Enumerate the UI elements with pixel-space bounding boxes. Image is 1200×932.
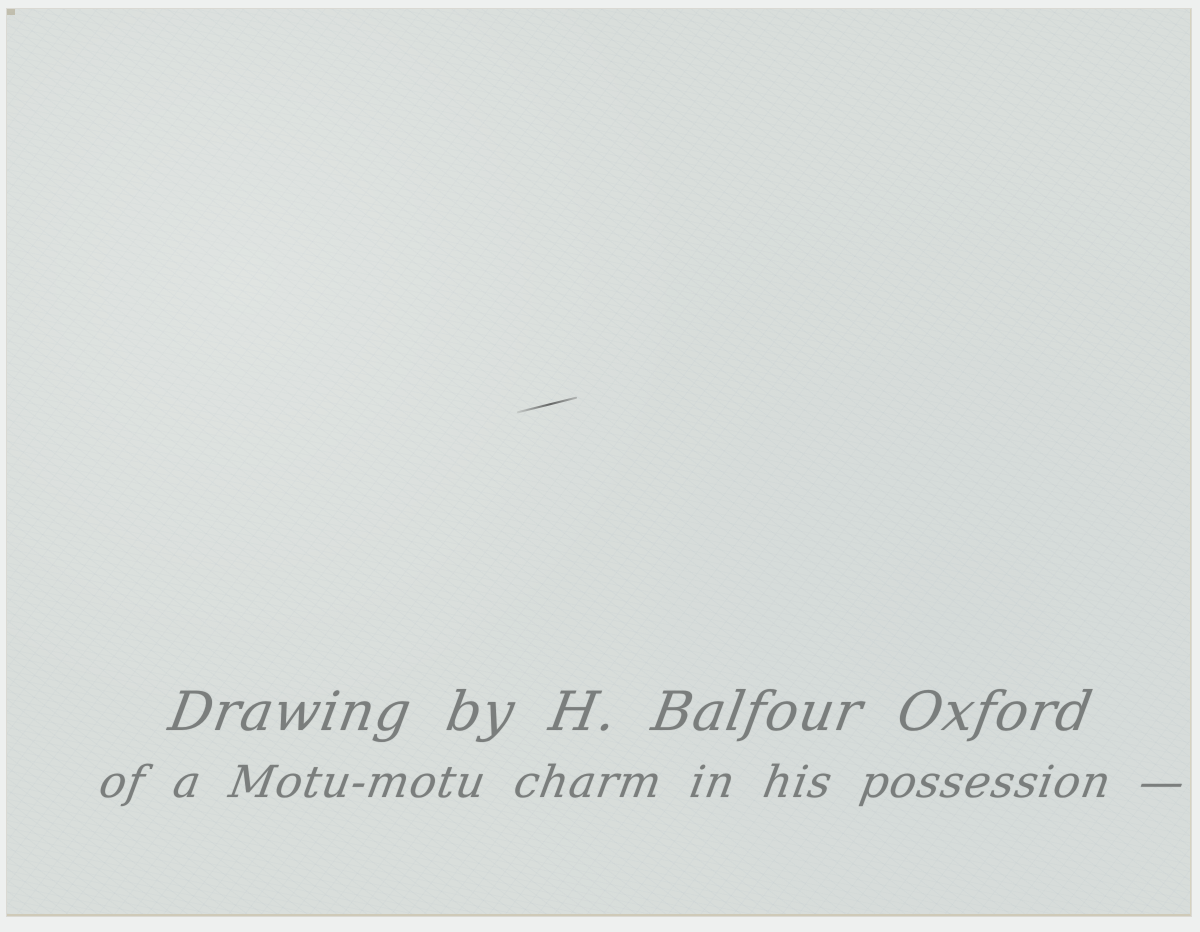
inscription-line-1: Drawing by H. Balfour Oxford	[164, 680, 1165, 743]
handwritten-inscription: Drawing by H. Balfour Oxford of a Motu-m…	[100, 680, 1160, 808]
inscription-line-2: of a Motu-motu charm in his possession —	[96, 757, 1165, 808]
corner-stain	[7, 9, 15, 15]
